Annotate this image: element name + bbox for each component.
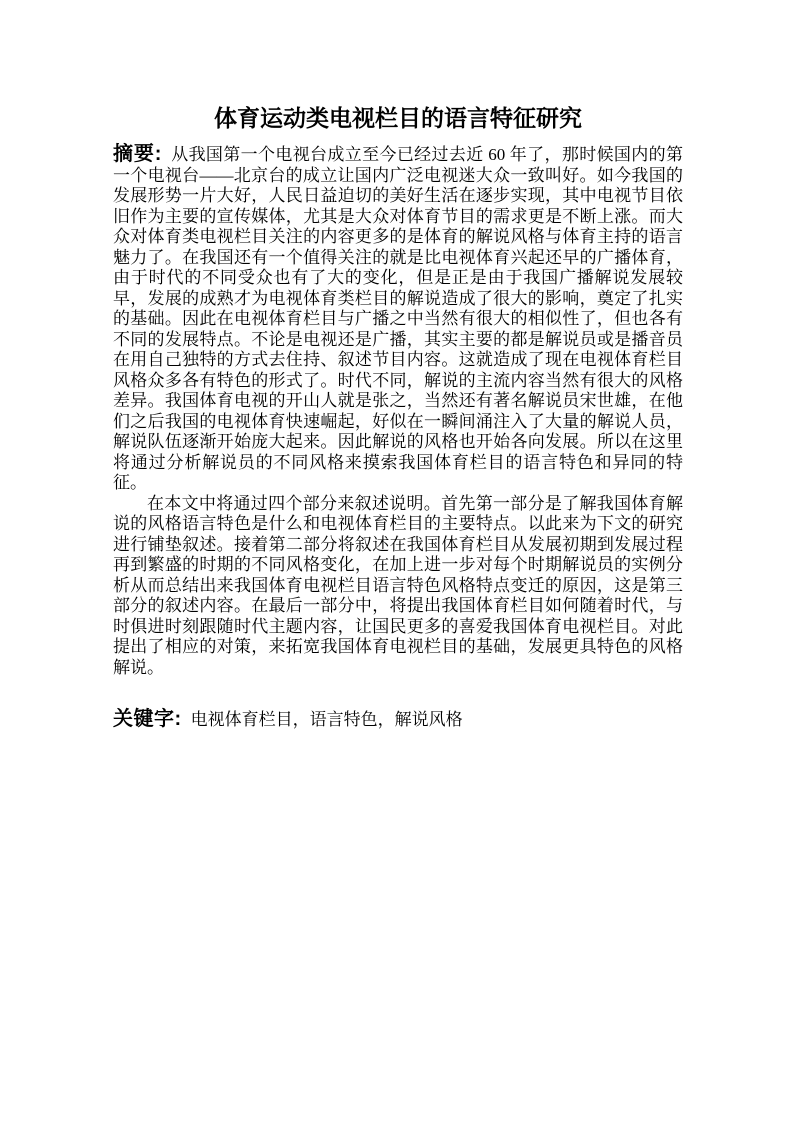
abstract-paragraph-1: 摘要:从我国第一个电视台成立至今已经过去近 60 年了，那时候国内的第一个电视台… [113,144,683,494]
keywords-label: 关键字: [113,708,182,730]
document-body: 摘要:从我国第一个电视台成立至今已经过去近 60 年了，那时候国内的第一个电视台… [113,144,683,731]
abstract-label: 摘要: [113,143,162,165]
abstract-paragraph-2: 在本文中将通过四个部分来叙述说明。首先第一部分是了解我国体育解说的风格语言特色是… [113,494,683,679]
keywords-section: 关键字:电视体育栏目，语言特色，解说风格 [113,709,683,731]
abstract-text-1: 从我国第一个电视台成立至今已经过去近 60 年了，那时候国内的第一个电视台——北… [113,145,683,492]
keywords-text: 电视体育栏目，语言特色，解说风格 [191,710,463,729]
page-title: 体育运动类电视栏目的语言特征研究 [113,102,683,134]
document-page: 体育运动类电视栏目的语言特征研究 摘要:从我国第一个电视台成立至今已经过去近 6… [0,0,793,1122]
